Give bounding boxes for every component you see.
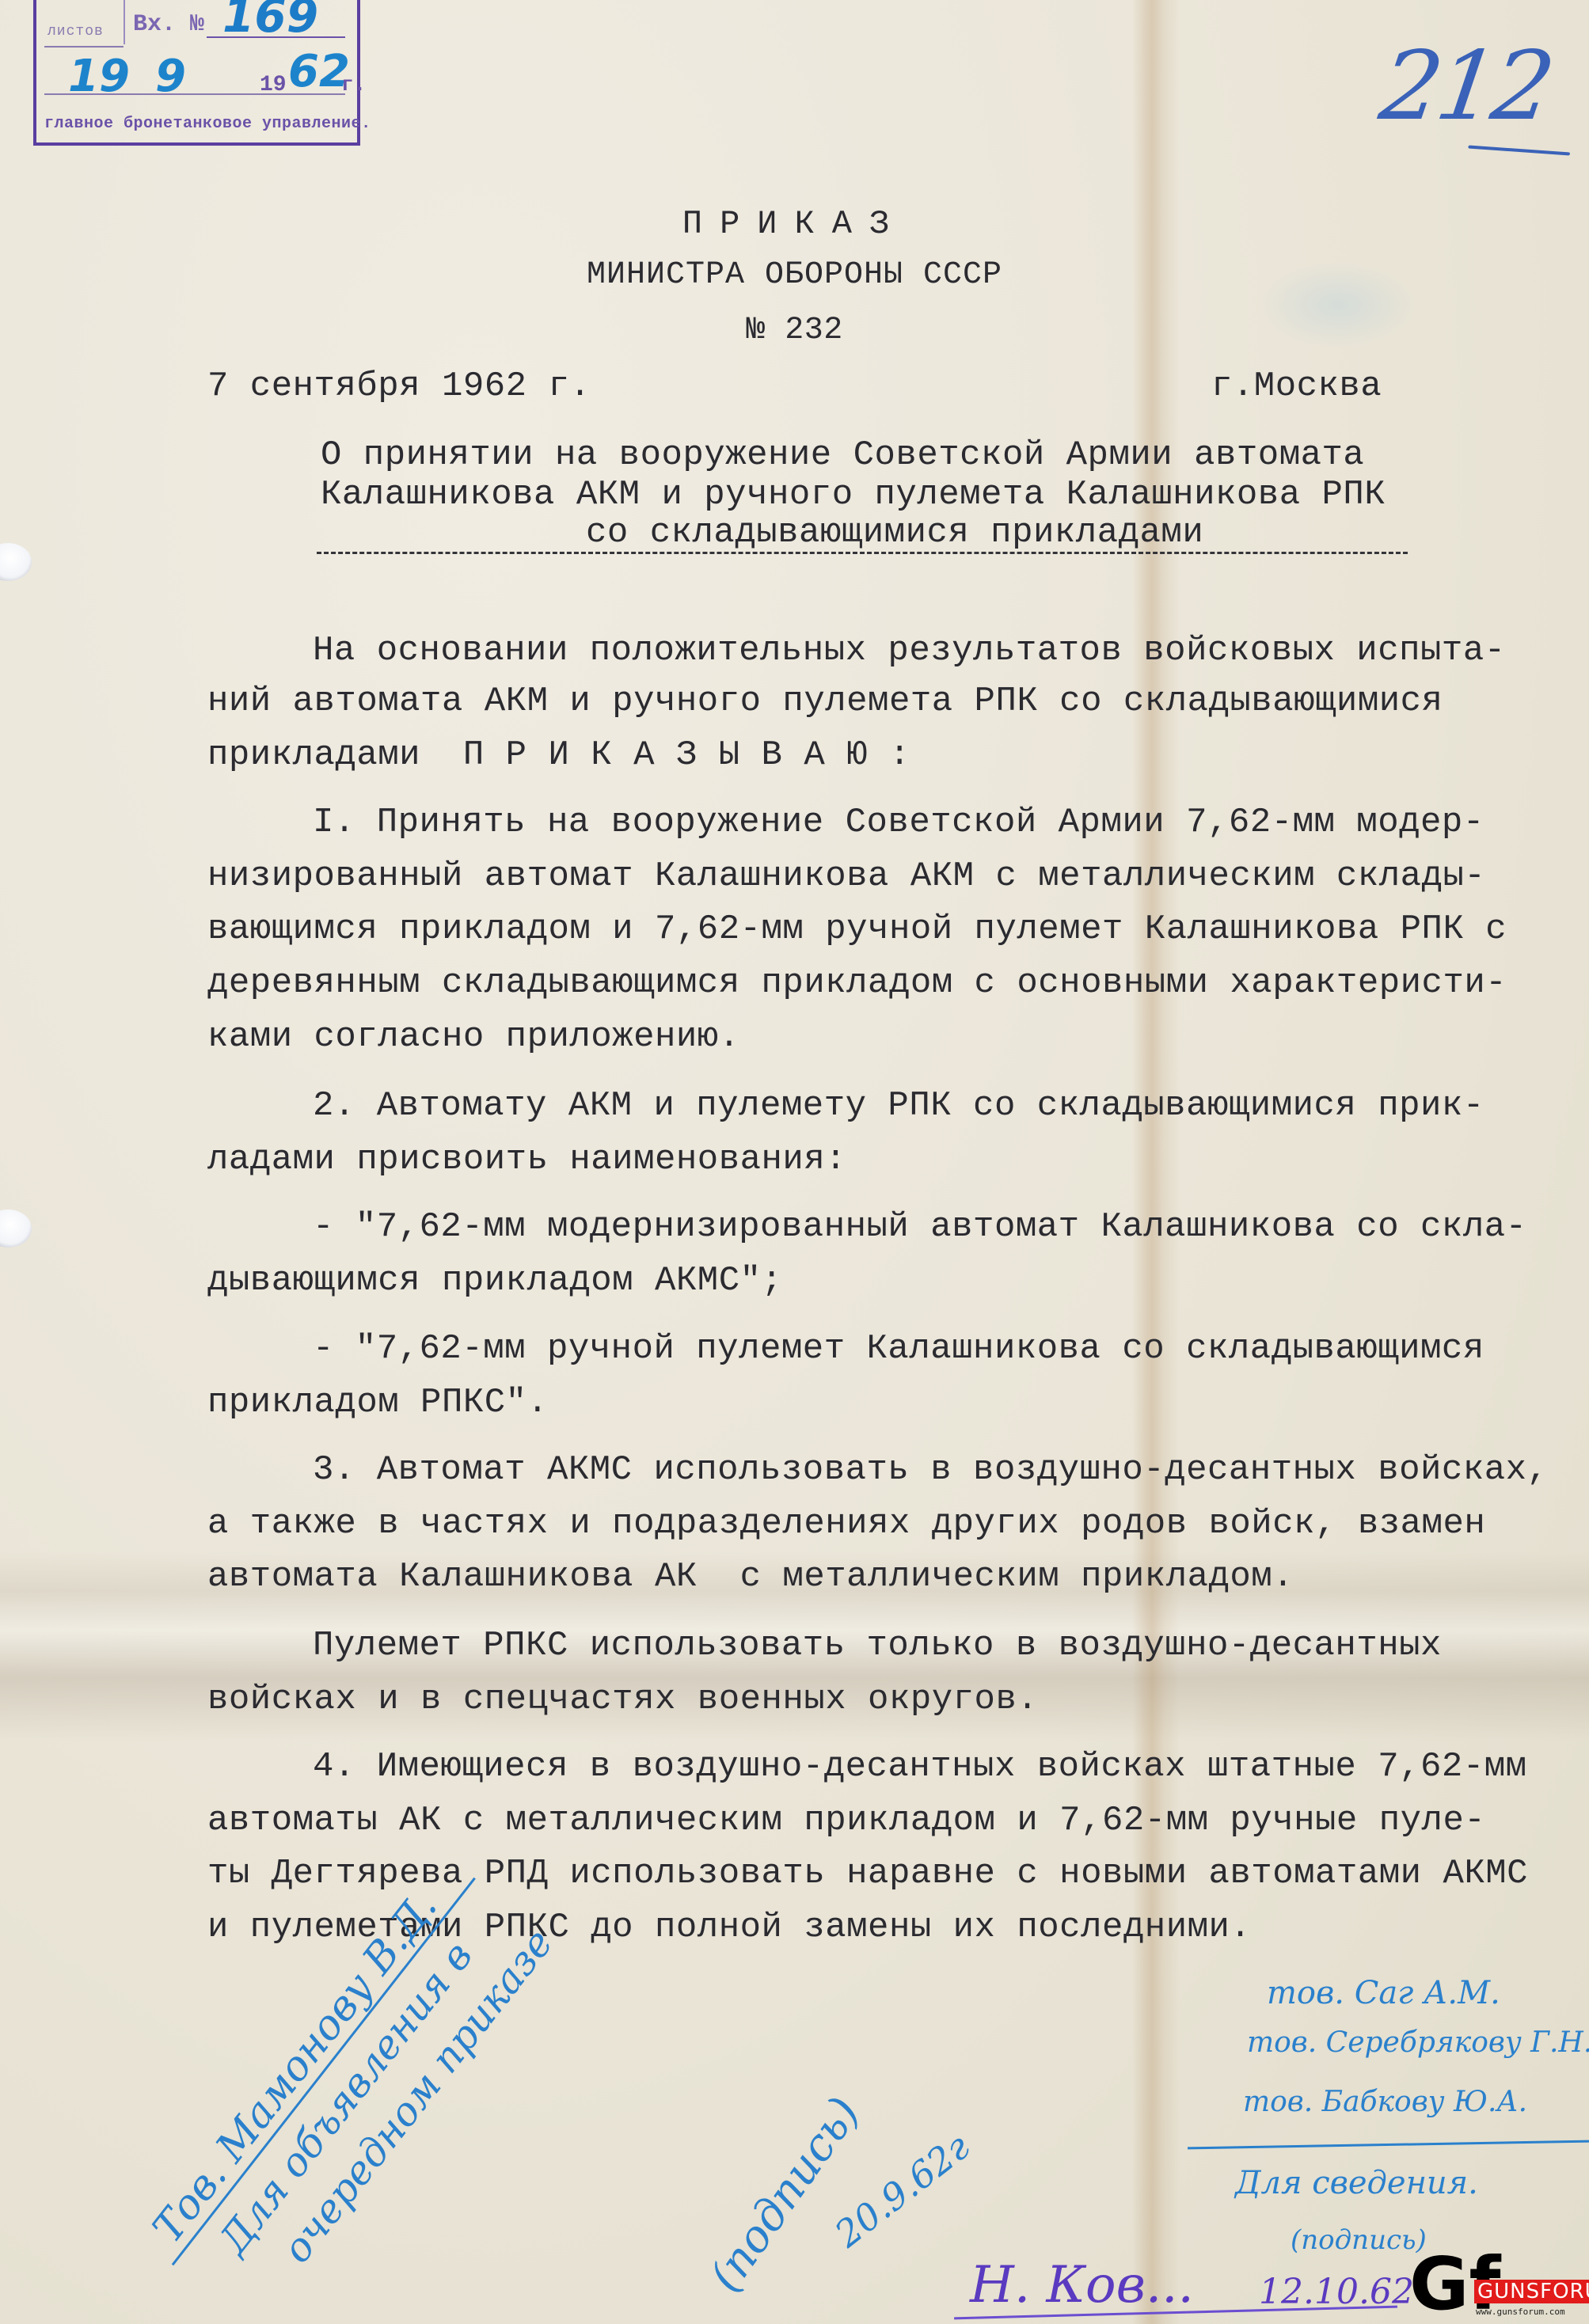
distribution-line: тов. Саг А.М. <box>1267 1975 1500 2011</box>
watermark-url: www.gunsforum.com <box>1476 2307 1565 2317</box>
item1-line: вающимся прикладом и 7,62-мм ручной пуле… <box>207 912 1507 947</box>
item1-line: ками согласно приложению. <box>207 1020 740 1054</box>
stamp-inbox-label: Вх. № <box>133 11 204 38</box>
item2-name-line: - "7,62-мм модернизированный автомат Кал… <box>313 1209 1527 1244</box>
item2-line: ладами присвоить наименования: <box>207 1142 846 1177</box>
stamp-rule <box>207 36 345 38</box>
document-issuer: МИНИСТРА ОБОРОНЫ СССР <box>0 260 1589 291</box>
stamp-rule <box>44 46 124 47</box>
violet-signature: Н. Ков... <box>970 2256 1194 2315</box>
item3-line: 3. Автомат АКМС использовать в воздушно-… <box>313 1452 1548 1487</box>
preamble-line: ний автомата АКМ и ручного пулемета РПК … <box>207 684 1443 719</box>
preamble-line: На основании положительных результатов в… <box>313 633 1506 668</box>
document-title: ПРИКАЗ <box>0 207 1589 241</box>
item1-line: низированный автомат Калашникова АКМ с м… <box>207 859 1485 894</box>
handwritten-page-number: 212 <box>1374 32 1557 142</box>
subject-line: со складывающимися прикладами <box>586 515 1203 550</box>
gunsforum-watermark: Gf GUNSFORUM www.gunsforum.com <box>1409 2248 1589 2324</box>
distribution-line: тов. Серебрякову Г.Н. <box>1247 2026 1589 2059</box>
document-number: № 232 <box>0 315 1589 347</box>
subject-line: О принятии на вооружение Советской Армии… <box>321 438 1364 473</box>
item3-line: автомата Калашникова АК с металлическим … <box>207 1559 1294 1594</box>
distribution-note: Для сведения. <box>1235 2165 1478 2201</box>
stamp-department: главное бронетанковое управление. <box>44 115 371 133</box>
stamp-rule <box>44 93 345 95</box>
stamp-sheets-label: листов <box>48 24 104 40</box>
item1-line: деревянным складывающимся прикладом с ос… <box>207 966 1507 1001</box>
item2-name-line: прикладом РПКС". <box>207 1385 548 1420</box>
item2-name-line: - "7,62-мм ручной пулемет Калашникова со… <box>313 1331 1484 1366</box>
subject-underline <box>317 552 1408 554</box>
stamp-divider <box>124 0 125 44</box>
preamble-line: прикладами П Р И К А З Ы В А Ю : <box>207 738 910 773</box>
item2-name-line: дывающимся прикладом АКМС"; <box>207 1263 782 1298</box>
subject-line: Калашникова АКМ и ручного пулемета Калаш… <box>321 477 1386 512</box>
distribution-signature: (подпись) <box>1291 2224 1427 2256</box>
document-date: 7 сентября 1962 г. <box>207 369 591 404</box>
registration-stamp: листов Вх. № 169 19 9 19 62 г. главное б… <box>33 0 360 146</box>
distribution-line: тов. Бабкову Ю.А. <box>1243 2086 1527 2118</box>
item3-line: а также в частях и подразделениях других… <box>207 1506 1485 1541</box>
item1-line: I. Принять на вооружение Советской Армии… <box>313 805 1484 840</box>
item2-line: 2. Автомату АКМ и пулемету РПК со склады… <box>313 1088 1484 1123</box>
watermark-brand: GUNSFORUM <box>1474 2280 1589 2303</box>
document-place: г.Москва <box>1211 369 1382 404</box>
